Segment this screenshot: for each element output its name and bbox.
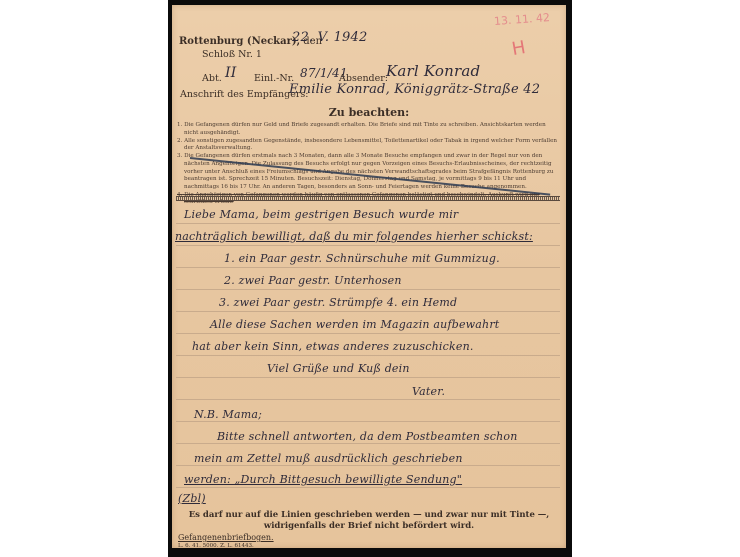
letter-line: 2. zwei Paar gestr. Unterhosen — [224, 274, 402, 287]
letter-sheet: 13. 11. 42 H Rottenburg (Neckar), den 22… — [172, 5, 566, 548]
ruled-line — [176, 377, 560, 378]
sender-value: Karl Konrad — [386, 62, 480, 80]
letter-signature: Vater. — [412, 385, 445, 398]
rule-item-struck: 3. Die Gefangenen dürfen erstmals nach 3… — [177, 153, 561, 191]
footer-instruction: Es darf nur auf die Linien geschrieben w… — [172, 510, 566, 532]
form-code: L. 6. 41. 5000. Z. L. 61443. — [178, 543, 254, 549]
form-name: Gefangenenbriefbogen. — [178, 533, 274, 542]
address-line: Schloß Nr. 1 — [202, 49, 262, 60]
city-label: Rottenburg (Neckar), — [179, 36, 300, 47]
abt-value: II — [225, 65, 236, 81]
letter-postscript-heading: N.B. Mama; — [194, 408, 262, 421]
ruled-line — [176, 245, 560, 246]
letter-line: Alle diese Sachen werden im Magazin aufb… — [210, 318, 499, 331]
ruled-line — [176, 399, 560, 400]
letter-line: mein am Zettel muß ausdrücklich geschrie… — [194, 452, 463, 465]
letter-date: 22. V. 1942 — [292, 30, 367, 45]
letter-line: hat aber kein Sinn, etwas anderes zuzusc… — [192, 340, 474, 353]
ruled-line — [176, 421, 560, 422]
ruled-line — [176, 333, 560, 334]
notice-title: Zu beachten: — [172, 106, 566, 119]
ruled-line — [176, 267, 560, 268]
ruled-line — [176, 289, 560, 290]
abt-label: Abt. — [202, 73, 222, 84]
ruled-line — [176, 355, 560, 356]
letter-line: (Zbl) — [178, 492, 206, 505]
letter-line: 3. zwei Paar gestr. Strümpfe 4. ein Hemd — [219, 296, 457, 309]
ruled-line — [176, 465, 560, 466]
red-censor-mark: H — [510, 37, 527, 60]
rule-item: 1. Die Gefangenen dürfen nur Geld und Br… — [177, 122, 561, 137]
ruled-line — [176, 487, 560, 488]
letter-line: nachträglich bewilligt, daß du mir folge… — [175, 230, 533, 243]
rule-item: 2. Alle sonstigen zugesandten Gegenständ… — [177, 138, 561, 153]
recipient-address-value: Emilie Konrad, Königgrätz-Straße 42 — [289, 82, 540, 97]
ruled-line — [176, 223, 560, 224]
notice-rules: 1. Die Gefangenen dürfen nur Geld und Br… — [177, 122, 561, 208]
letter-line: werden: „Durch Bittgesuch bewilligte Sen… — [184, 473, 462, 486]
letter-line: Liebe Mama, beim gestrigen Besuch wurde … — [184, 208, 458, 221]
ruled-line — [176, 311, 560, 312]
ruled-line — [176, 443, 560, 444]
red-date-stamp: 13. 11. 42 — [494, 11, 551, 28]
letter-closing: Viel Grüße und Kuß dein — [267, 362, 410, 375]
letter-line: 1. ein Paar gestr. Schnürschuhe mit Gumm… — [224, 252, 500, 265]
letter-line: Bitte schnell antworten, da dem Postbeam… — [217, 430, 518, 443]
